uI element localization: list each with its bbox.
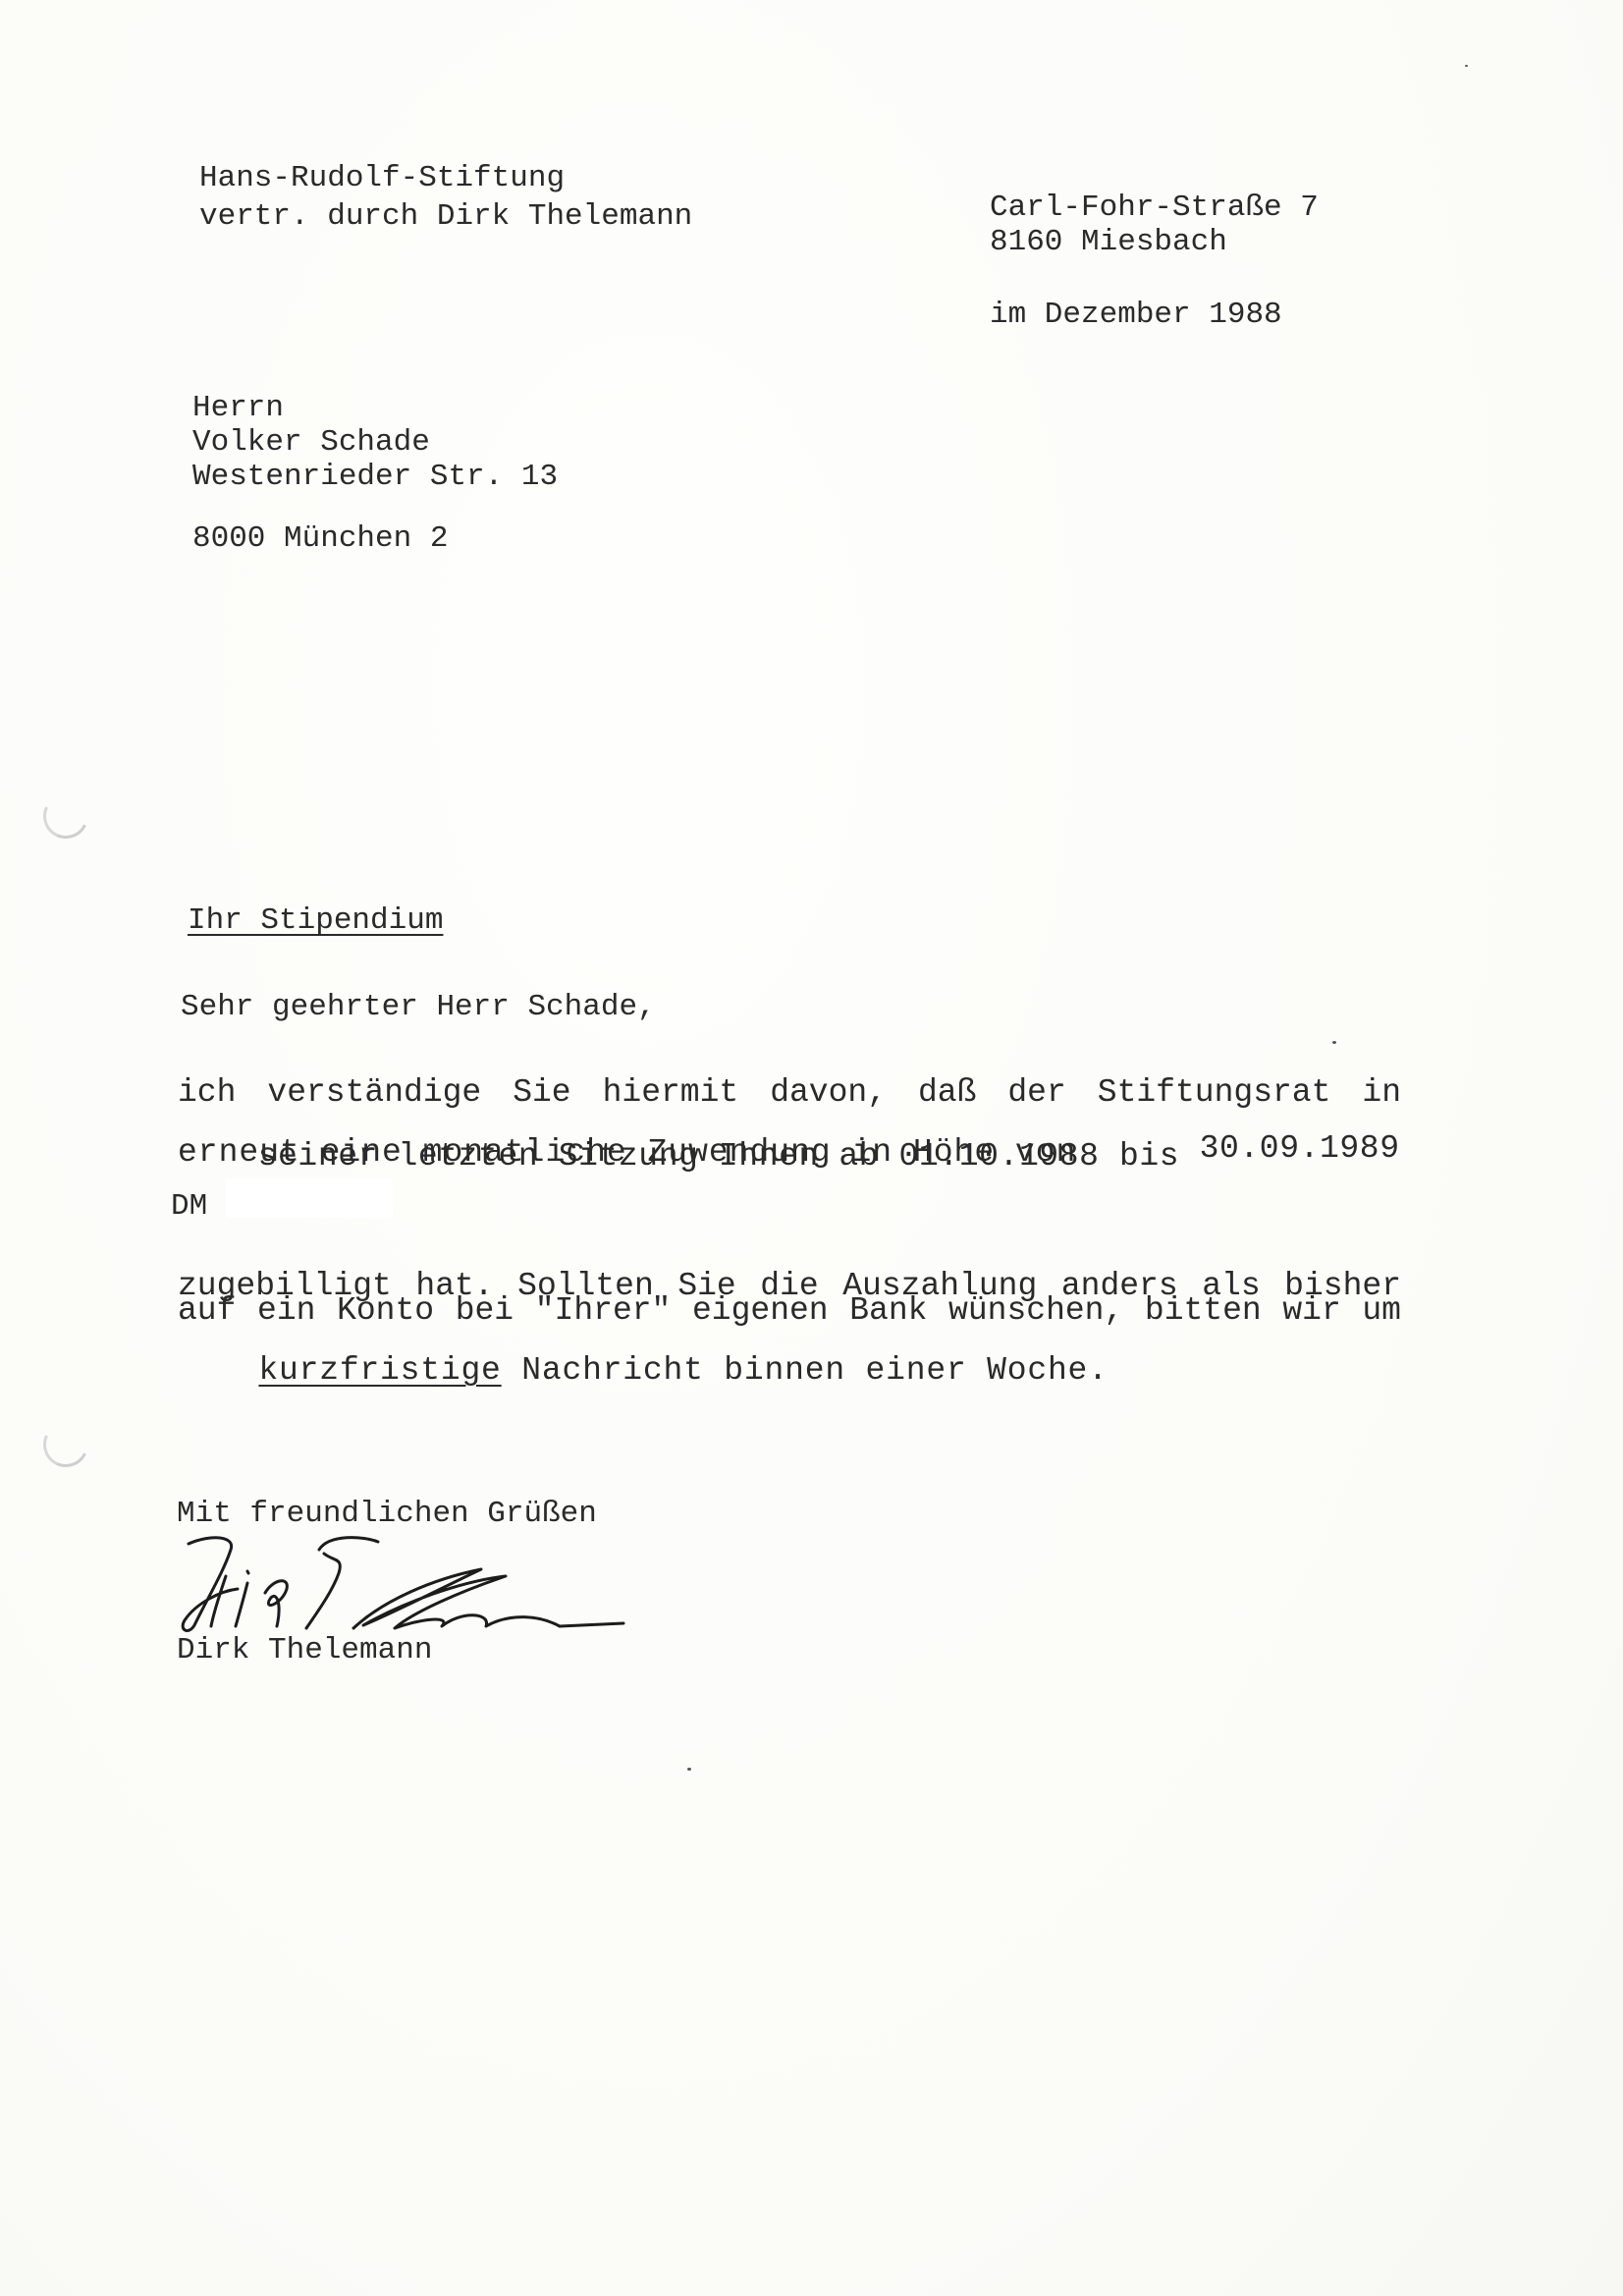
closing: Mit freundlichen Grüßen — [177, 1499, 597, 1529]
punch-hole-mark — [37, 1416, 95, 1474]
emphasized-word: kurzfristige — [258, 1352, 501, 1389]
paragraph1-line3: erneut eine monatliche Zuwendung in Höhe… — [178, 1136, 1076, 1169]
sender-city: 8160 Miesbach — [990, 227, 1227, 257]
subject-line: Ihr Stipendium — [188, 905, 443, 936]
paragraph2-line3-rest: Nachricht binnen einer Woche. — [502, 1352, 1109, 1389]
greeting: Sehr geehrter Herr Schade, — [181, 992, 656, 1022]
signatory-name: Dirk Thelemann — [177, 1635, 432, 1666]
paragraph2-line3: kurzfristige Nachricht binnen einer Woch… — [178, 1322, 1109, 1419]
recipient-name: Volker Schade — [192, 427, 430, 458]
recipient-street: Westenrieder Str. 13 — [192, 462, 558, 492]
recipient-salutation: Herrn — [192, 393, 284, 423]
sender-represented-by: vertr. durch Dirk Thelemann — [199, 201, 692, 232]
whited-out-amount — [226, 1178, 393, 1218]
paragraph1-line1: ich verständige Sie hiermit davon, daß d… — [178, 1076, 1401, 1109]
recipient-city: 8000 München 2 — [192, 523, 448, 554]
letter-date: im Dezember 1988 — [990, 300, 1282, 330]
paper-speck — [687, 1768, 691, 1771]
sender-organization: Hans-Rudolf-Stiftung — [199, 163, 565, 193]
paper-speck — [1332, 1041, 1336, 1044]
paper-speck — [1465, 65, 1468, 67]
sender-street: Carl-Fohr-Straße 7 — [990, 192, 1319, 223]
signature-icon — [167, 1532, 658, 1640]
letter-page: Hans-Rudolf-Stiftung vertr. durch Dirk T… — [0, 0, 1623, 2296]
punch-hole-mark — [37, 788, 95, 846]
amount-currency: DM — [171, 1191, 207, 1222]
end-date: 30.09.1989 — [1200, 1130, 1400, 1167]
